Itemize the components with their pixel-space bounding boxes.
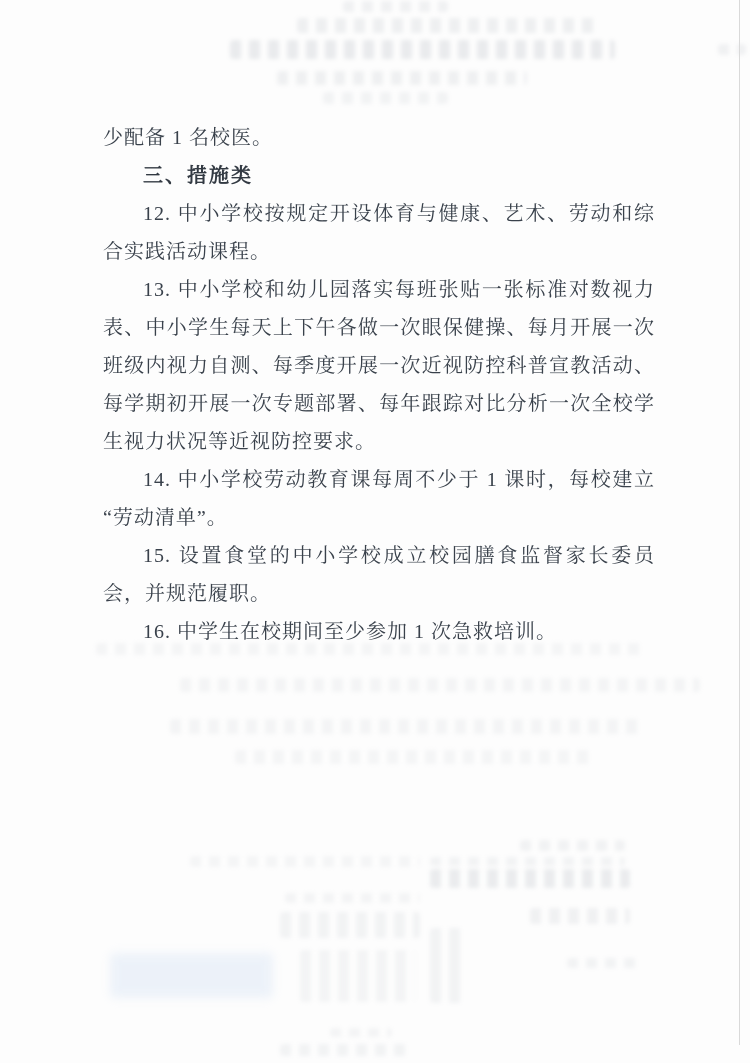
- scan-edge-line: [739, 0, 740, 1045]
- bleedthrough-smudge: [567, 958, 642, 968]
- bleedthrough-smudge: [170, 719, 640, 734]
- scanned-document-page: 少配备 1 名校医。 三、措施类 12. 中小学校按规定开设体育与健康、艺术、劳…: [0, 0, 750, 1063]
- bleedthrough-smudge: [190, 856, 420, 867]
- bleedthrough-smudge: [430, 869, 630, 888]
- bleedthrough-smudge: [430, 857, 625, 866]
- paragraph-item-14: 14. 中小学校劳动教育课每周不少于 1 课时，每校建立“劳动清单”。: [103, 461, 655, 537]
- bleedthrough-smudge: [718, 44, 746, 55]
- paragraph-continuation: 少配备 1 名校医。: [103, 119, 655, 157]
- bleedthrough-smudge: [343, 1, 448, 12]
- bleedthrough-smudge: [430, 928, 468, 1003]
- document-body: 少配备 1 名校医。 三、措施类 12. 中小学校按规定开设体育与健康、艺术、劳…: [103, 119, 655, 651]
- bleedthrough-smudge: [323, 92, 448, 104]
- bleedthrough-smudge: [285, 893, 420, 903]
- bleedthrough-smudge: [520, 840, 625, 851]
- section-heading: 三、措施类: [103, 157, 655, 195]
- bleedthrough-smudge: [300, 950, 415, 1002]
- bleedthrough-smudge: [280, 912, 420, 938]
- paragraph-item-16: 16. 中学生在校期间至少参加 1 次急救培训。: [103, 613, 655, 651]
- bleedthrough-smudge: [330, 1028, 392, 1037]
- bleedthrough-smudge: [280, 1044, 410, 1056]
- bleedthrough-smudge: [530, 908, 630, 924]
- stamp-bleedthrough: [110, 953, 273, 998]
- bleedthrough-smudge: [180, 678, 700, 692]
- bleedthrough-smudge: [277, 71, 527, 85]
- bleedthrough-smudge: [297, 18, 597, 33]
- paragraph-item-15: 15. 设置食堂的中小学校成立校园膳食监督家长委员会，并规范履职。: [103, 537, 655, 613]
- bleedthrough-smudge: [230, 40, 615, 59]
- paragraph-item-13: 13. 中小学校和幼儿园落实每班张贴一张标准对数视力表、中小学生每天上下午各做一…: [103, 271, 655, 461]
- bleedthrough-smudge: [235, 750, 595, 764]
- paragraph-item-12: 12. 中小学校按规定开设体育与健康、艺术、劳动和综合实践活动课程。: [103, 195, 655, 271]
